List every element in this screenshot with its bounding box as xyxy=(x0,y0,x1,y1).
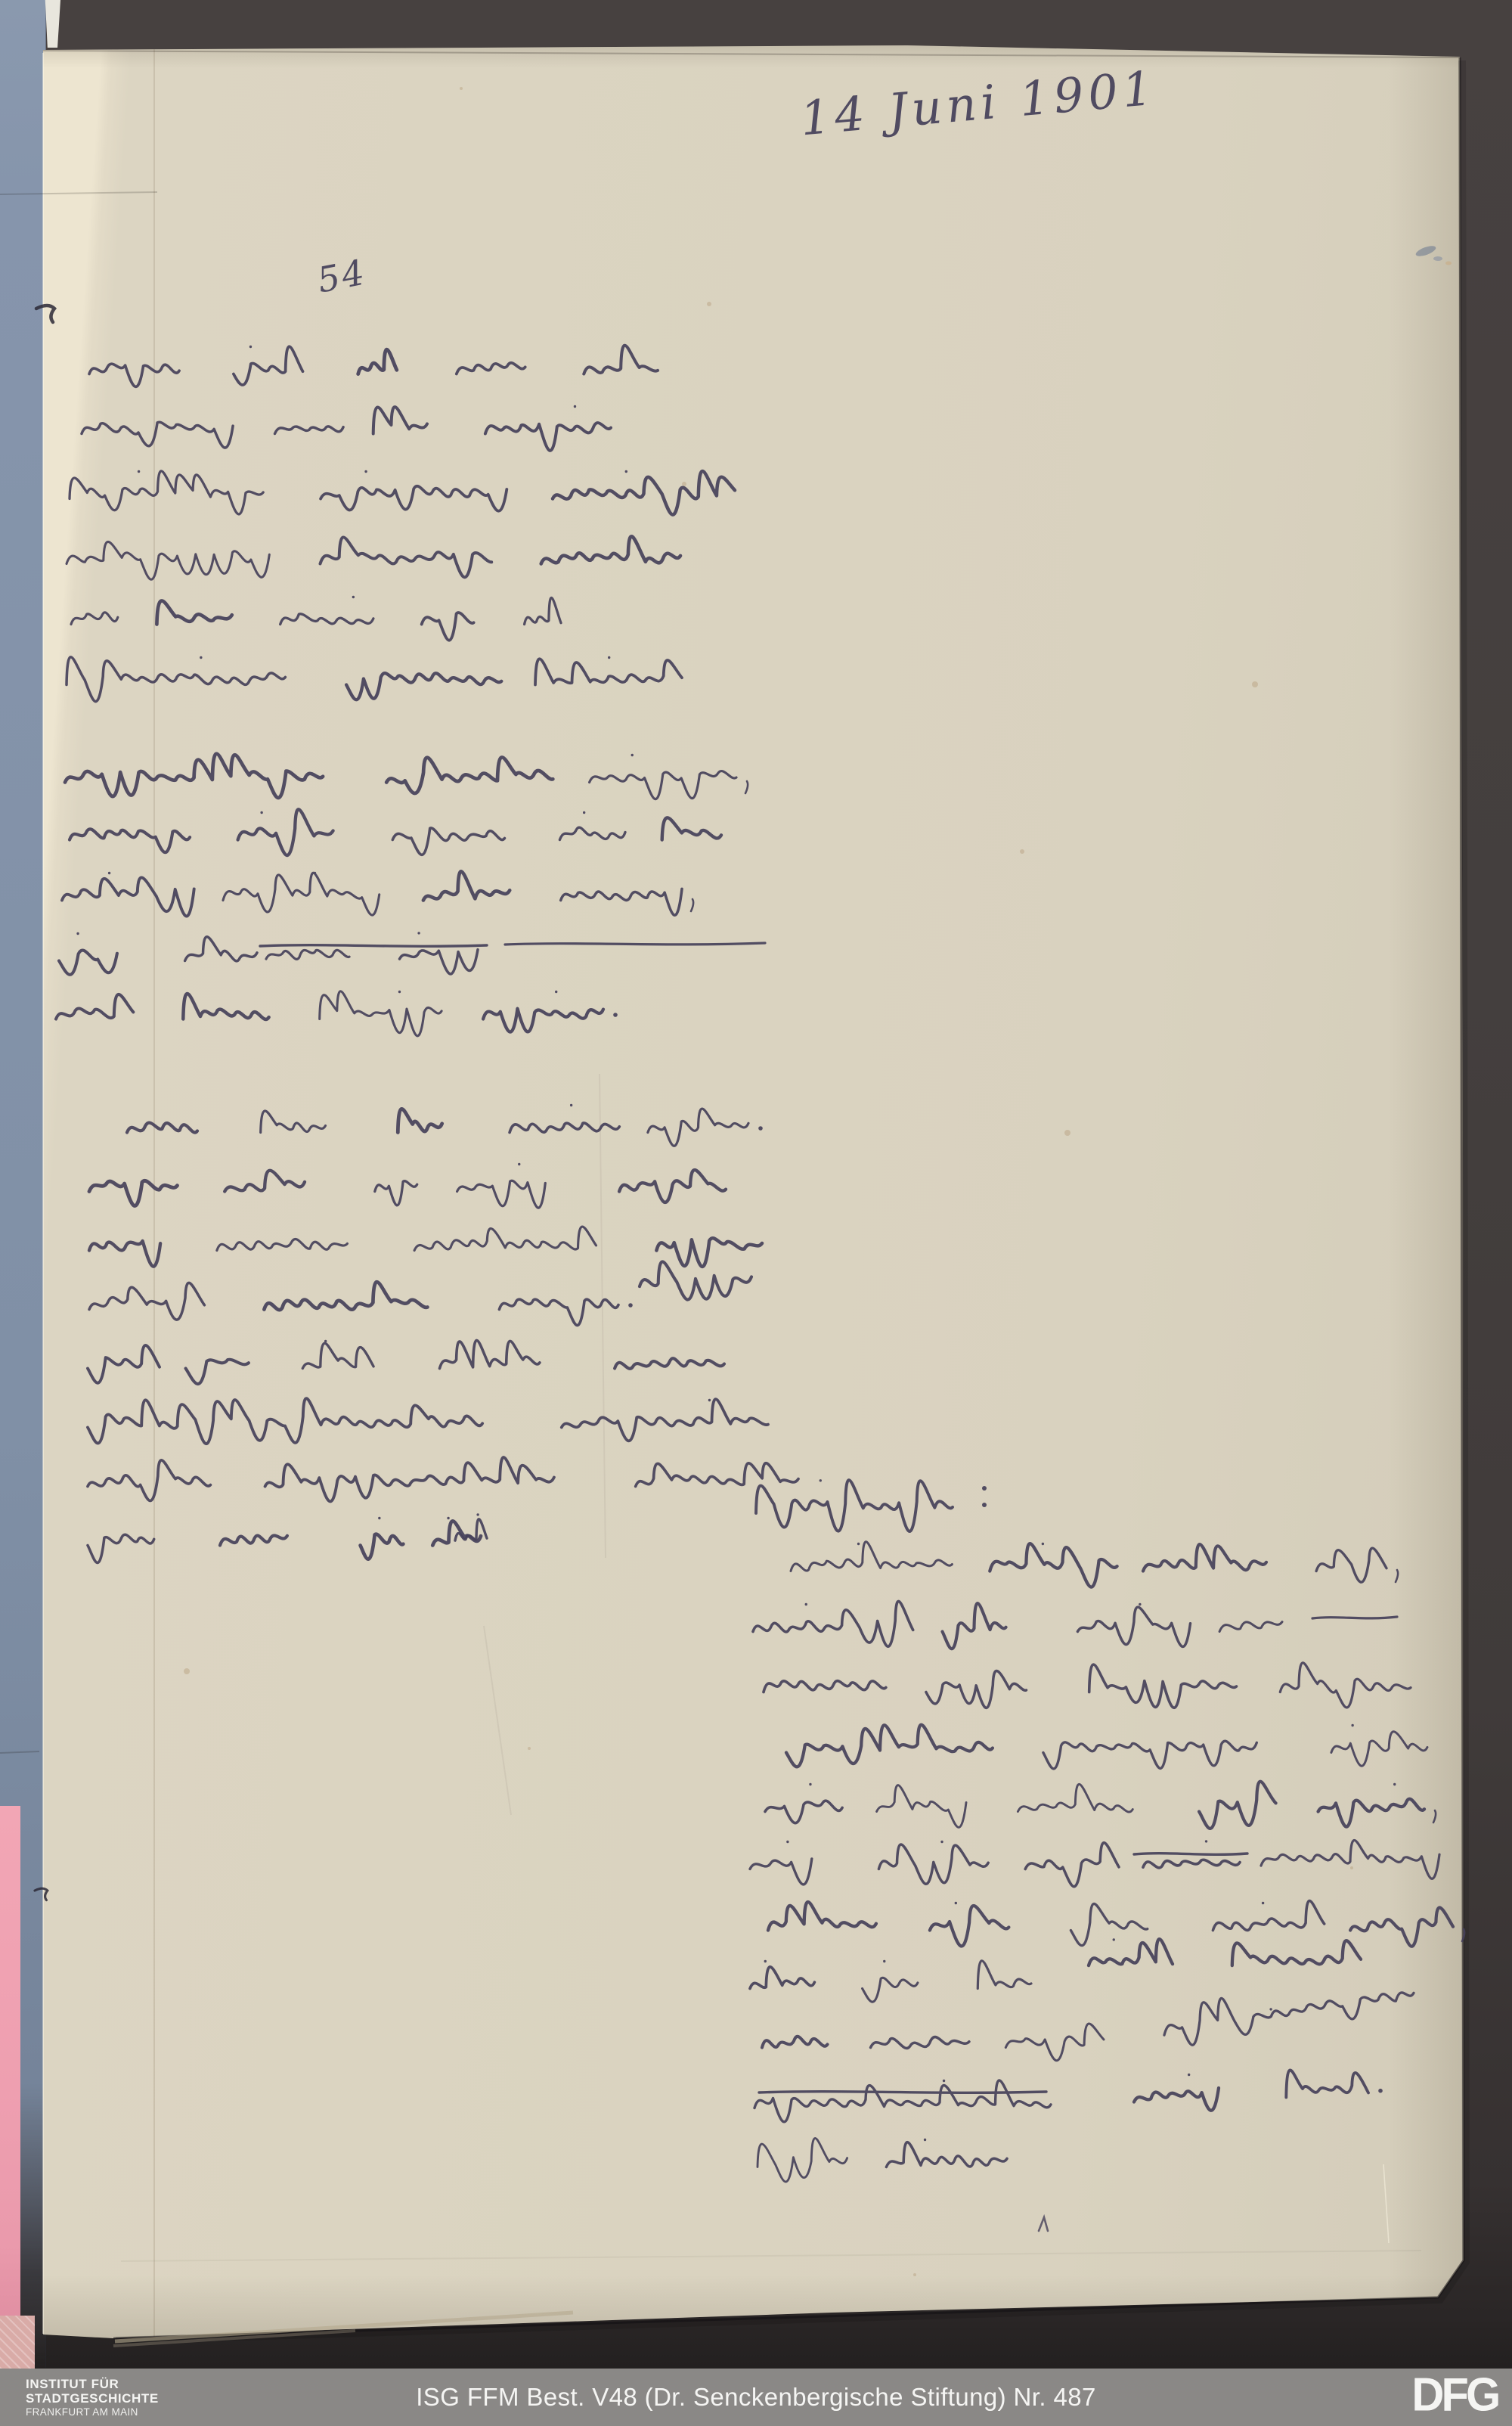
archive-scan-page: 14 Juni 1901 54 INSTITUT FÜR STADTGESCHI… xyxy=(0,0,1512,2426)
institute-line-2: STADTGESCHICHTE xyxy=(26,2391,159,2406)
institute-line-3: FRANKFURT AM MAIN xyxy=(26,2406,159,2418)
archive-reference: ISG FFM Best. V48 (Dr. Senckenbergische … xyxy=(416,2383,1096,2412)
institute-wordmark: INSTITUT FÜR STADTGESCHICHTE FRANKFURT A… xyxy=(26,2377,159,2418)
handwriting-layer xyxy=(0,0,1512,2426)
dfg-logo: DFG xyxy=(1412,2369,1498,2422)
institute-line-1: INSTITUT FÜR xyxy=(26,2377,159,2391)
footer-bar: INSTITUT FÜR STADTGESCHICHTE FRANKFURT A… xyxy=(0,2369,1512,2426)
